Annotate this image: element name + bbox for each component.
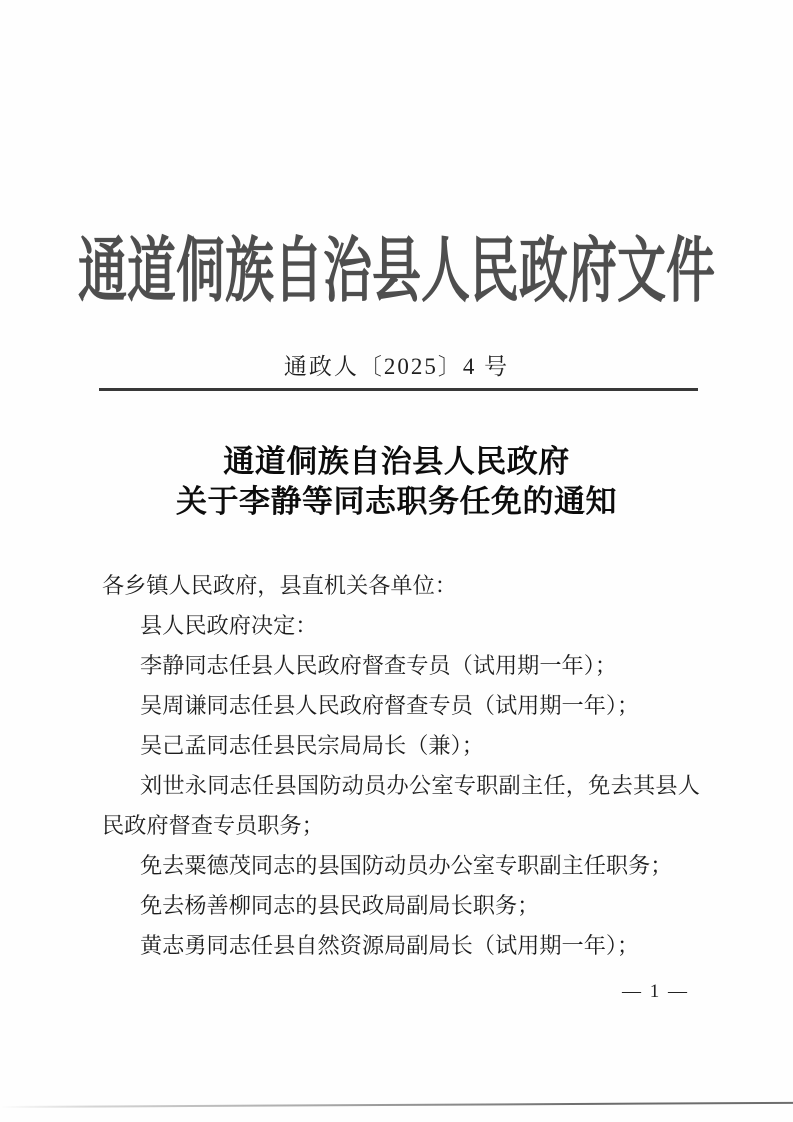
masthead-separator-line [99, 388, 698, 391]
notice-title: 通道侗族自治县人民政府 关于李静等同志职务任免的通知 [0, 442, 793, 522]
notice-paragraph: 李静同志任县人民政府督查专员（试用期一年）； [102, 646, 700, 686]
notice-paragraph: 吴己孟同志任县民宗局局长（兼）； [102, 726, 700, 766]
notice-title-line1: 通道侗族自治县人民政府 [0, 442, 793, 482]
notice-paragraph: 黄志勇同志任县自然资源局副局长（试用期一年）； [102, 926, 700, 966]
doc-reference-number: 通政人〔2025〕4 号 [0, 348, 793, 381]
masthead-title: 通道侗族自治县人民政府文件 [8, 214, 785, 316]
notice-body: 各乡镇人民政府，县直机关各单位： 县人民政府决定：李静同志任县人民政府督查专员（… [102, 566, 700, 966]
notice-paragraph: 吴周谦同志任县人民政府督查专员（试用期一年）； [102, 686, 700, 726]
scan-edge-artifact [0, 1102, 793, 1108]
scanned-document-page: 通道侗族自治县人民政府文件 通政人〔2025〕4 号 通道侗族自治县人民政府 关… [0, 0, 793, 1122]
salutation-line: 各乡镇人民政府，县直机关各单位： [102, 566, 700, 606]
notice-paragraph: 刘世永同志任县国防动员办公室专职副主任，免去其县人民政府督查专员职务； [102, 766, 700, 846]
notice-paragraph: 免去粟德茂同志的县国防动员办公室专职副主任职务； [102, 846, 700, 886]
notice-paragraph: 县人民政府决定： [102, 606, 700, 646]
notice-title-line2: 关于李静等同志职务任免的通知 [0, 482, 793, 522]
notice-paragraph: 免去杨善柳同志的县民政局副局长职务； [102, 886, 700, 926]
page-number: — 1 — [622, 981, 689, 1003]
